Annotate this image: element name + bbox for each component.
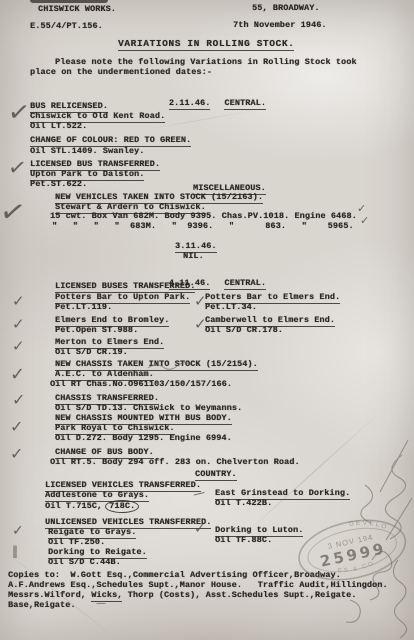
document-page: CHISWICK WORKS. 55, BROADWAY. E.55/4/PT.… <box>0 0 414 640</box>
change-colour-heading: CHANGE OF COLOUR: RED TO GREEN. <box>30 135 191 147</box>
reference-number: E.55/4/PT.156. <box>30 21 103 31</box>
heading-text: COUNTRY. <box>195 469 237 481</box>
licensed-buses-heading: LICENSED BUSES TRANSFERRED. <box>55 281 195 293</box>
checkmark: ✓ <box>12 317 25 332</box>
transfer-vehicle: Pet.LT.34. <box>205 302 257 312</box>
office-name: CHISWICK WORKS. <box>38 4 116 14</box>
checkmark: ✓ <box>10 366 25 384</box>
cut-off-text-smudge <box>30 0 108 3</box>
checkmark: ✓ <box>12 392 25 408</box>
section-region: CENTRAL. <box>224 278 266 290</box>
transfer-vehicle: Oil TF.88C. <box>215 535 272 545</box>
document-title: VARIATIONS IN ROLLING STOCK. <box>118 39 294 51</box>
stamp-graphic: DEVELO 3 NOV 194 25999 ES & CO <box>284 494 414 603</box>
transfer-vehicle: Oil S/D CR.19. <box>55 347 128 357</box>
section-heading-2-11: 2.11.46.CENTRAL. <box>148 88 266 120</box>
change-body-vehicle: Oil RT.5. Body 294 off. 283 on. Chelvert… <box>50 457 300 467</box>
checkmark: ✓ <box>12 524 24 538</box>
checkmark: ✓ <box>194 294 207 309</box>
checkmark: ✓ <box>12 294 25 309</box>
circled-vehicle-number: 718C. <box>105 500 139 513</box>
chassis-mounted-vehicle: Oil D.272. Body 1295. Engine 6994. <box>55 433 232 443</box>
checkmark: ✓ <box>0 196 28 231</box>
transfer-vehicle: Pet.LT.119. <box>55 302 112 312</box>
section-region: CENTRAL. <box>224 98 266 110</box>
checkmark: ✓ <box>6 99 31 128</box>
margin-stroke <box>380 440 408 492</box>
new-vehicles-row-1: 15 cwt. Box Van 682M. Body 9395. Chas.PV… <box>50 211 357 221</box>
nil-value: NIL. <box>183 251 204 261</box>
intro-line-1: Please note the following Variations in … <box>55 57 357 67</box>
copies-line-4: Base,Reigate. <box>8 600 76 610</box>
section-date: 2.11.46. <box>169 98 211 110</box>
checkmark: ✓ <box>357 203 366 214</box>
copies-line-1: Copies to: W.Gott Esq.,Commercial Advert… <box>8 570 341 580</box>
vehicle-text: Oil T.715C, <box>45 501 102 511</box>
dash-mark: — <box>96 599 106 609</box>
checkmark: ✓ <box>10 446 23 462</box>
transfer-vehicle: Oil T.715C,718C. <box>45 500 139 513</box>
transfer-vehicle: Oil T.422B. <box>215 498 272 508</box>
transfer-vehicle: Oil TF.250. <box>48 537 105 547</box>
checkmark: ✓ <box>7 157 28 181</box>
dash-mark: — <box>192 486 207 501</box>
checkmark: ✓ <box>12 339 25 354</box>
bus-relicensed-vehicle: Oil LT.522. <box>30 121 87 131</box>
checkmark: ✓ <box>360 215 369 226</box>
transfer-vehicle: Oil S/D C.44B. <box>48 557 121 567</box>
transfer-vehicle: Oil S/D CR.178. <box>205 325 283 335</box>
licensed-bus-vehicle: Pet.ST.622. <box>30 179 87 189</box>
address: 55, BROADWAY. <box>252 3 320 13</box>
document-date: 7th November 1946. <box>233 20 327 30</box>
copies-text: Messrs.Wilford, <box>8 590 91 600</box>
document-title-text: VARIATIONS IN ROLLING STOCK. <box>118 39 294 51</box>
checkmark: ✓ <box>10 419 23 435</box>
new-vehicles-row-2: " " " " 683M. " 9396. " 863. " 5965. <box>52 221 354 231</box>
double-bar-mark: ‖ <box>12 545 18 557</box>
heading-text: LICENSED BUSES TRANSFERRED. <box>55 281 195 293</box>
change-colour-vehicle: Oil STL.1409. Swanley. <box>30 146 144 156</box>
chassis-transferred-vehicle: Oil S/D TD.13. Chiswick to Weymanns. <box>55 403 242 413</box>
new-chassis-vehicle: Oil RT Chas.No.O961103/150/157/166. <box>50 379 232 389</box>
receiving-stamp: DEVELO 3 NOV 194 25999 ES & CO <box>284 494 414 603</box>
transfer-vehicle: Pet.Open ST.988. <box>55 325 138 335</box>
heading-text: CHANGE OF COLOUR: RED TO GREEN. <box>30 135 191 147</box>
intro-line-2: place on the undermentioned dates:- <box>30 67 212 77</box>
margin-scribble <box>346 600 360 622</box>
checkmark: ✓ <box>194 317 207 332</box>
checkmark: ✓ <box>194 522 206 536</box>
country-heading: COUNTRY. <box>195 469 237 481</box>
